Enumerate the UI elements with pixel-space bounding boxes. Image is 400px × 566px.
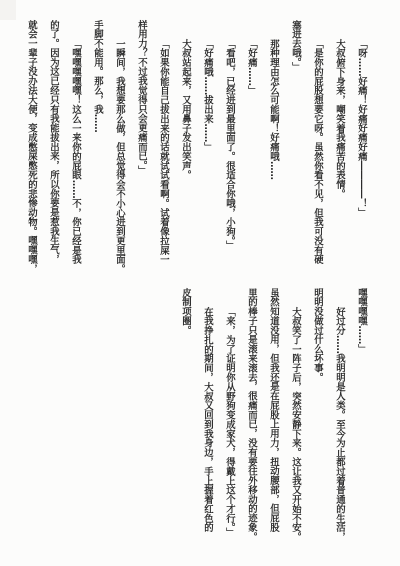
text-column: 塞进去哦。」: [284, 20, 306, 278]
text-column: 大叔站起来，又用鼻子发出笑声。: [174, 20, 196, 278]
text-column: 明明没做过什么坏事。: [306, 288, 328, 550]
text-column: 「来，为了证明你从野狗变成家犬，得戴上这个才行。」: [218, 288, 240, 550]
text-column: 里的棒子只是滚来滚去，很痛而已，没有要往外移动的迹象。: [240, 288, 262, 550]
text-column: 皮制项圈。: [174, 288, 196, 550]
text-column: 好过分……我明明是人类。至今为止都过着普通的生活，: [328, 288, 350, 550]
text-column: 嘿嘿嘿嘿……」: [350, 288, 372, 550]
text-column: 就会一辈子没办法大便，变成憋屎憋死的悲惨动物。嘿嘿嘿，: [20, 20, 42, 278]
text-column: 一瞬间，我想要那么做，但总觉得会不小心进到更里面。: [108, 20, 130, 278]
text-column: 「是你的屁股想要它呀。虽然你看不见，但我可没有硬: [306, 20, 328, 278]
text-column: 在我挣扎的期间，大叔又回到我身边，手上握着红色的: [196, 288, 218, 550]
text-column: 「呀……好痛！好痛好痛好痛――――！」: [350, 20, 372, 278]
text-column: 「好痛哦……拔出来……」: [196, 20, 218, 278]
text-block-bottom: 嘿嘿嘿嘿……」好过分……我明明是人类。至今为止都过着普通的生活，明明没做过什么坏…: [174, 288, 372, 550]
text-column: 样用力？不过我觉得只会更痛而已。」: [130, 20, 152, 278]
novel-page: 「呀……好痛！好痛好痛好痛――――！」大叔俯下身来，嘲笑着我痛苦的表情。「是你的…: [0, 0, 400, 566]
text-column: 虽然知道没用，但我还是在屁股上用力，扭动腰部，但屁股: [262, 288, 284, 550]
text-column: 「好痛……」: [240, 20, 262, 278]
text-column: 「嘿嘿嘿嘿嘿！这么一来你的屁眼……不，你已经是我: [64, 20, 86, 278]
text-column: 那种理由怎么可能啊！好痛哦……: [262, 20, 284, 278]
text-column: 「看吧，已经进到最里面了。很适合你哦，小狗。」: [218, 20, 240, 278]
text-column: 大叔笑了一阵子后，突然安静下来。这让我又开始不安。: [284, 288, 306, 550]
text-block-top: 「呀……好痛！好痛好痛好痛――――！」大叔俯下身来，嘲笑着我痛苦的表情。「是你的…: [20, 20, 372, 278]
scan-artifact: [0, 0, 16, 20]
text-column: 手脚不能用。那么，我……: [86, 20, 108, 278]
text-column: 大叔俯下身来，嘲笑着我痛苦的表情。: [328, 20, 350, 278]
text-column: 的了。因为这已经只有我能拔出来，所以你要是惹我生气，: [42, 20, 64, 278]
text-column: 「如果你能自己拔出来的话就试试看啊。试着像拉屎一: [152, 20, 174, 278]
